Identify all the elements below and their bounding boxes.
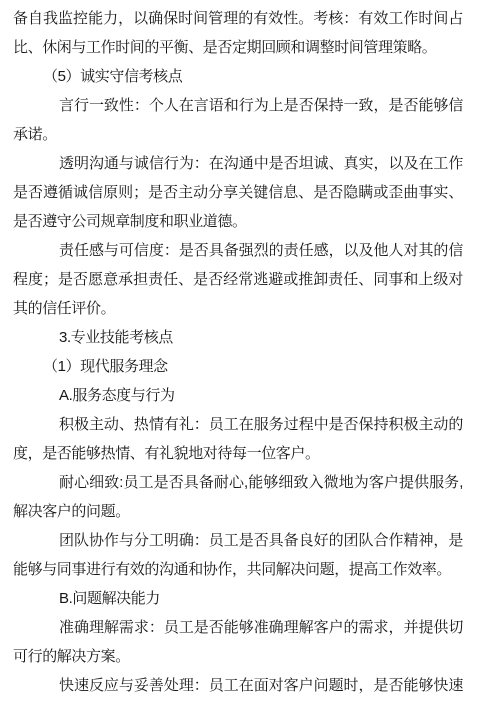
text-line: 团队协作与分工明确：员工是否具备良好的团队合作精神，是否 [13,526,463,555]
text-line: 可行的解决方案。 [13,642,463,671]
text-line: 快速反应与妥善处理：员工在面对客户问题时，是否能够快速反 [13,671,463,700]
text-line: 透明沟通与诚信行为：在沟通中是否坦诚、真实，以及在工作中 [13,149,463,178]
text-line: 积极主动、热情有礼：员工在服务过程中是否保持积极主动的态 [13,410,463,439]
text-line: 是否遵循诚信原则；是否主动分享关键信息、是否隐瞒或歪曲事实、 [13,178,463,207]
text-line: 言行一致性：个人在言语和行为上是否保持一致，是否能够信守 [13,91,463,120]
text-line: 程度；是否愿意承担责任、是否经常逃避或推卸责任、同事和上级对 [13,265,463,294]
section-heading-line: 3.专业技能考核点 [13,323,463,352]
text-line: 解决客户的问题。 [13,497,463,526]
text-line: 能够与同事进行有效的沟通和协作，共同解决问题，提高工作效率。 [13,555,463,584]
text-line: 是否遵守公司规章制度和职业道德。 [13,207,463,236]
text-line: 耐心细致:员工是否具备耐心,能够细致入微地为客户提供服务, [13,468,463,497]
list-heading-line: （1）现代服务理念 [13,352,463,381]
sub-heading-line: A.服务态度与行为 [13,381,463,410]
text-line: 比、休闲与工作时间的平衡、是否定期回顾和调整时间管理策略。 [13,33,463,62]
text-line: 责任感与可信度：是否具备强烈的责任感，以及他人对其的信任 [13,236,463,265]
list-heading-line: （5）诚实守信考核点 [13,62,463,91]
sub-heading-line: B.问题解决能力 [13,584,463,613]
text-line: 度，是否能够热情、有礼貌地对待每一位客户。 [13,439,463,468]
text-line: 备自我监控能力，以确保时间管理的有效性。考核：有效工作时间占 [13,4,463,33]
document-page: 备自我监控能力，以确保时间管理的有效性。考核：有效工作时间占 比、休闲与工作时间… [0,0,481,712]
text-line: 承诺。 [13,120,463,149]
text-line: 其的信任评价。 [13,294,463,323]
text-line: 准确理解需求：员工是否能够准确理解客户的需求，并提供切实 [13,613,463,642]
